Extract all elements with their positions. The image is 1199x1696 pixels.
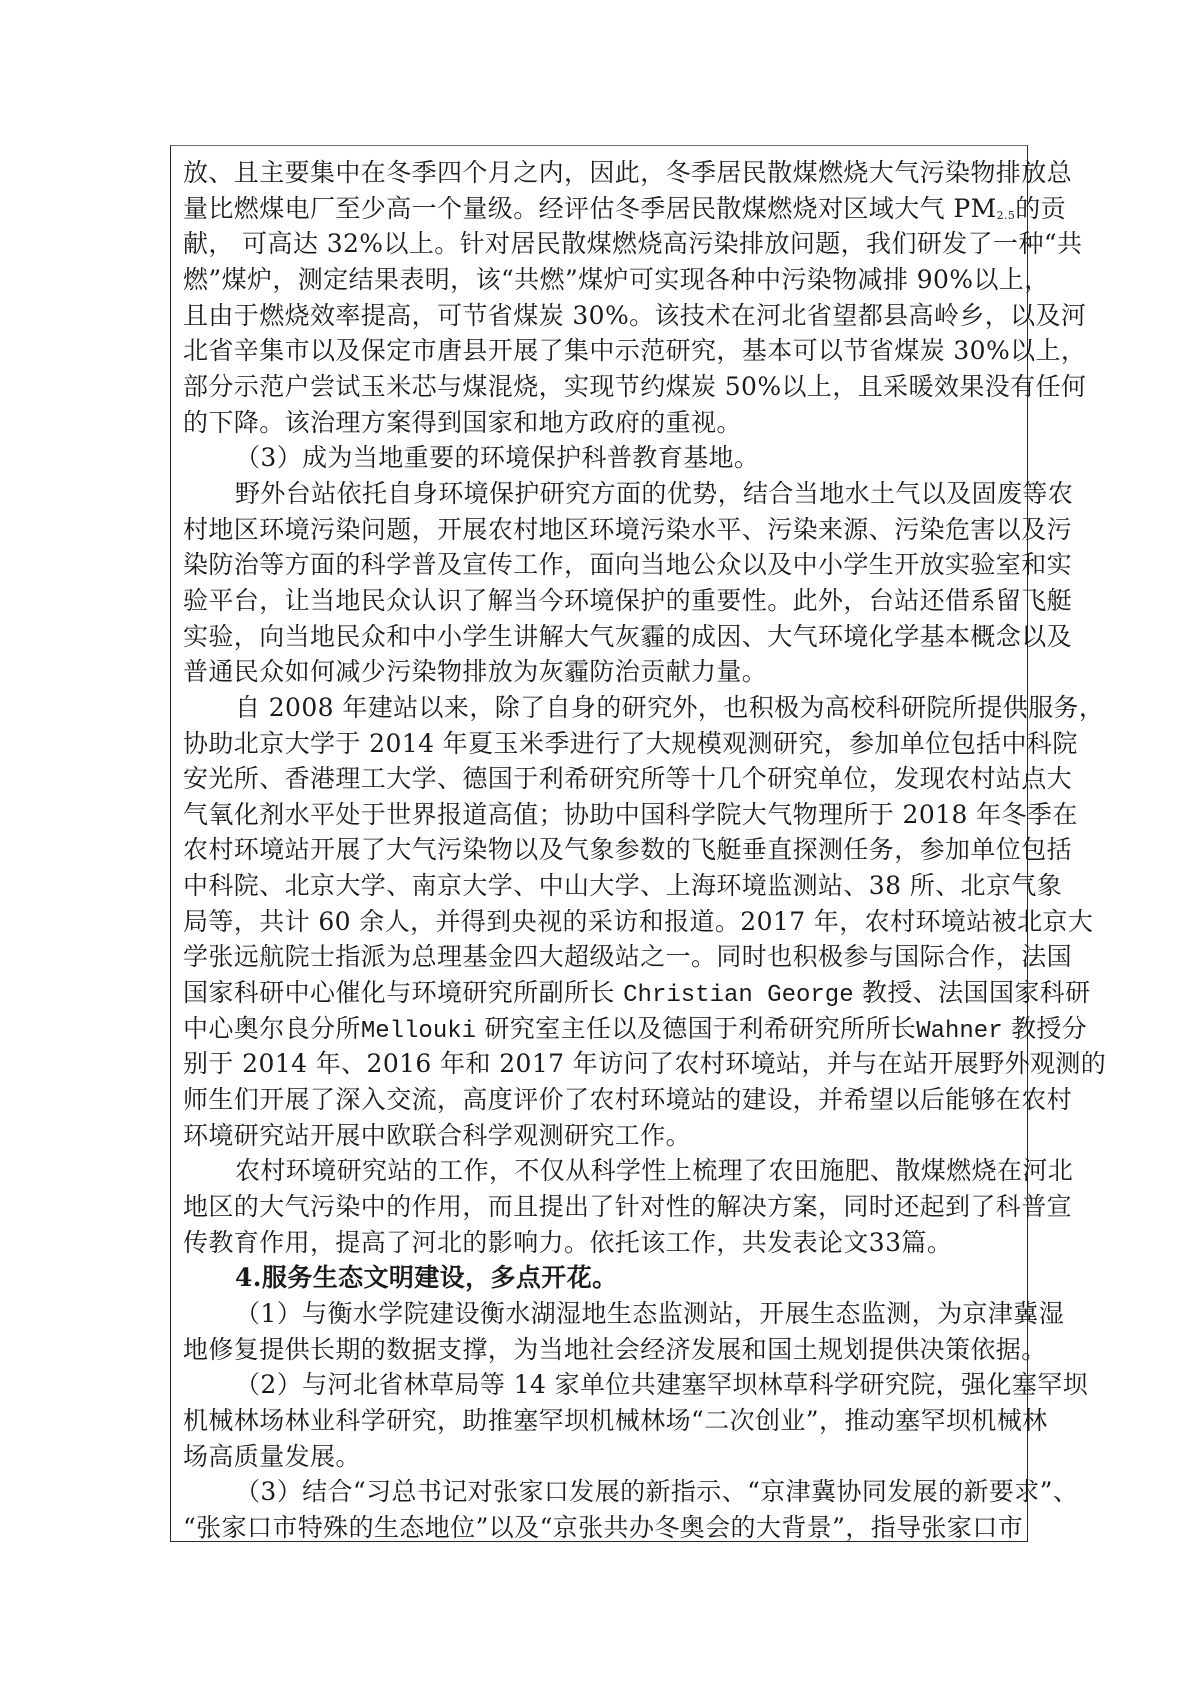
list-item-2: （2）与河北省林草局等 14 家单位共建塞罕坝林草科学研究院，强化塞罕坝 机械林… [183, 1367, 1017, 1474]
text-line: 且由于燃烧效率提高，可节省煤炭 30%。该技术在河北省望都县高岭乡，以及河 [183, 298, 1017, 334]
text-line: “张家口市特殊的生态地位”以及“京张共办冬奥会的大背景”，指导张家口市 [183, 1510, 1017, 1546]
text-line: 献， 可高达 32%以上。针对居民散煤燃烧高污染排放问题，我们研发了一种“共 [183, 226, 1017, 262]
text-line: 农村环境站开展了大气污染物以及气象参数的飞艇垂直探测任务，参加单位包括 [183, 832, 1017, 868]
text-line: 师生们开展了深入交流，高度评价了农村环境站的建设，并希望以后能够在农村 [183, 1082, 1017, 1118]
text-line: 普通民众如何减少污染物排放为灰霾防治贡献力量。 [183, 654, 1017, 690]
text-fragment: 量比燃煤电厂至少高一个量级。经评估冬季居民散煤燃烧对区域大气 PM [183, 194, 997, 223]
text-line: 中科院、北京大学、南京大学、中山大学、上海环境监测站、38 所、北京气象 [183, 868, 1017, 904]
person-name: Wahner [916, 1018, 1002, 1045]
paragraph-science-education: 野外台站依托自身环境保护研究方面的优势，结合当地水土气以及固废等农 村地区环境污… [183, 476, 1017, 690]
person-name: Christian George [623, 982, 853, 1009]
text-line: 北省辛集市以及保定市唐县开展了集中示范研究，基本可以节省煤炭 30%以上， [183, 333, 1017, 369]
paragraph-coal-stove: 放、且主要集中在冬季四个月之内，因此，冬季居民散煤燃烧大气污染物排放总 量比燃煤… [183, 155, 1017, 440]
text-line: 传教育作用，提高了河北的影响力。依托该工作，共发表论文33篇。 [183, 1225, 1017, 1261]
text-line: 学张远航院士指派为总理基金四大超级站之一。同时也积极参与国际合作，法国 [183, 939, 1017, 975]
text-fragment: 教授、法国国家科研 [854, 978, 1091, 1007]
text-line: 机械林场林业科学研究，助推塞罕坝机械林场“二次创业”，推动塞罕坝机械林 [183, 1403, 1017, 1439]
text-line: 气氧化剂水平处于世界报道高值；协助中国科学院大气物理所于 2018 年冬季在 [183, 797, 1017, 833]
text-line: 局等，共计 60 余人，并得到央视的采访和报道。2017 年，农村环境站被北京大 [183, 904, 1017, 940]
text-line-pm25: 量比燃煤电厂至少高一个量级。经评估冬季居民散煤燃烧对区域大气 PM2.5的贡 [183, 191, 1017, 227]
paragraph-cooperation: 自 2008 年建站以来，除了自身的研究外，也积极为高校科研院所提供服务， 协助… [183, 690, 1017, 1154]
text-line: 放、且主要集中在冬季四个月之内，因此，冬季居民散煤燃烧大气污染物排放总 [183, 155, 1017, 191]
text-line: 部分示范户尝试玉米芯与煤混烧，实现节约煤炭 50%以上，且采暖效果没有任何 [183, 369, 1017, 405]
text-line-mellouki-wahner: 中心奥尔良分所Mellouki 研究室主任以及德国于利希研究所所长Wahner … [183, 1011, 1017, 1047]
person-name: Mellouki [361, 1018, 476, 1045]
section-heading-3: （3）成为当地重要的环境保护科普教育基地。 [183, 440, 1017, 476]
text-line: 自 2008 年建站以来，除了自身的研究外，也积极为高校科研院所提供服务， [183, 690, 1017, 726]
text-line: 验平台，让当地民众认识了解当今环境保护的重要性。此外，台站还借系留飞艇 [183, 583, 1017, 619]
section-heading-4: 4.服务生态文明建设，多点开花。 [183, 1260, 1017, 1296]
document-body: 放、且主要集中在冬季四个月之内，因此，冬季居民散煤燃烧大气污染物排放总 量比燃煤… [183, 155, 1017, 1546]
text-fragment: 教授分 [1003, 1014, 1088, 1043]
text-line: 野外台站依托自身环境保护研究方面的优势，结合当地水土气以及固废等农 [183, 476, 1017, 512]
text-fragment: 国家科研中心催化与环境研究所副所长 [183, 978, 623, 1007]
text-line: 地区的大气污染中的作用，而且提出了针对性的解决方案，同时还起到了科普宣 [183, 1189, 1017, 1225]
text-line: （1）与衡水学院建设衡水湖湿地生态监测站，开展生态监测，为京津冀湿 [183, 1296, 1017, 1332]
text-fragment: 研究室主任以及德国于利希研究所所长 [476, 1014, 916, 1043]
text-line: 环境研究站开展中欧联合科学观测研究工作。 [183, 1118, 1017, 1154]
text-line: 地修复提供长期的数据支撑，为当地社会经济发展和国土规划提供决策依据。 [183, 1332, 1017, 1368]
text-line: 农村环境研究站的工作，不仅从科学性上梳理了农田施肥、散煤燃烧在河北 [183, 1153, 1017, 1189]
text-line: 别于 2014 年、2016 年和 2017 年访问了农村环境站，并与在站开展野… [183, 1046, 1017, 1082]
text-line: （2）与河北省林草局等 14 家单位共建塞罕坝林草科学研究院，强化塞罕坝 [183, 1367, 1017, 1403]
text-line: 场高质量发展。 [183, 1439, 1017, 1475]
text-line: 安光所、香港理工大学、德国于利希研究所等十几个研究单位，发现农村站点大 [183, 761, 1017, 797]
text-line: 的下降。该治理方案得到国家和地方政府的重视。 [183, 405, 1017, 441]
list-item-1: （1）与衡水学院建设衡水湖湿地生态监测站，开展生态监测，为京津冀湿 地修复提供长… [183, 1296, 1017, 1367]
text-line-christian-george: 国家科研中心催化与环境研究所副所长 Christian George 教授、法国… [183, 975, 1017, 1011]
text-line: 村地区环境污染问题，开展农村地区环境污染水平、污染来源、污染危害以及污 [183, 512, 1017, 548]
text-line: 实验，向当地民众和中小学生讲解大气灰霾的成因、大气环境化学基本概念以及 [183, 619, 1017, 655]
text-line: 协助北京大学于 2014 年夏玉米季进行了大规模观测研究，参加单位包括中科院 [183, 726, 1017, 762]
text-fragment: 的贡 [1015, 194, 1066, 223]
document-table-cell: 放、且主要集中在冬季四个月之内，因此，冬季居民散煤燃烧大气污染物排放总 量比燃煤… [170, 145, 1028, 1542]
text-line: （3）结合“习总书记对张家口发展的新指示、“京津冀协同发展的新要求”、 [183, 1474, 1017, 1510]
text-fragment: 中心奥尔良分所 [183, 1014, 361, 1043]
list-item-3: （3）结合“习总书记对张家口发展的新指示、“京津冀协同发展的新要求”、 “张家口… [183, 1474, 1017, 1545]
text-line: 燃”煤炉，测定结果表明，该“共燃”煤炉可实现各种中污染物减排 90%以上， [183, 262, 1017, 298]
text-line: 染防治等方面的科学普及宣传工作，面向当地公众以及中小学生开放实验室和实 [183, 547, 1017, 583]
paragraph-summary: 农村环境研究站的工作，不仅从科学性上梳理了农田施肥、散煤燃烧在河北 地区的大气污… [183, 1153, 1017, 1260]
pm-subscript: 2.5 [997, 209, 1016, 222]
